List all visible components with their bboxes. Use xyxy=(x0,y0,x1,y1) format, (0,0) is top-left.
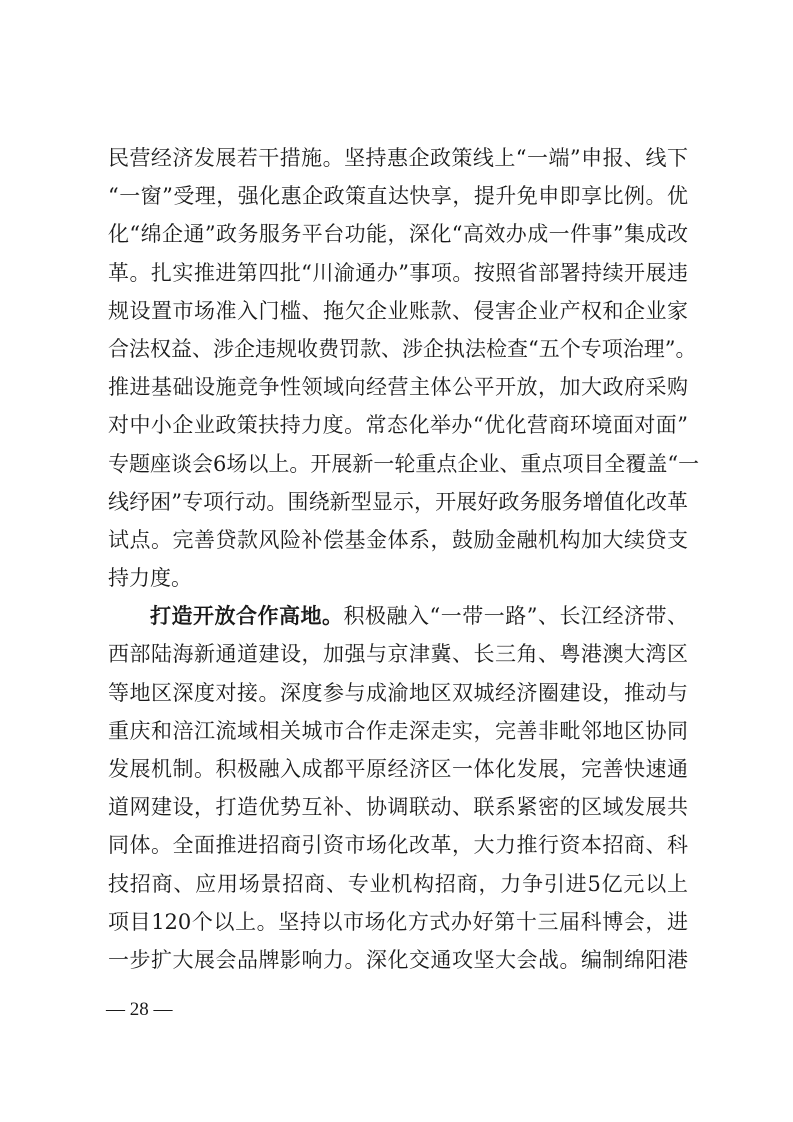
text-line: 规设置市场准入门槛、拖欠企业账款、侵害企业产权和企业家 xyxy=(108,292,688,330)
document-page: 民营经济发展若干措施。坚持惠企政策线上“一端”申报、线下 “一窗”受理，强化惠企… xyxy=(0,0,793,1122)
text-line: 一步扩大展会品牌影响力。深化交通攻坚大会战。编制绵阳港 xyxy=(108,941,688,979)
text-line: 西部陆海新通道建设，加强与京津冀、长三角、粤港澳大湾区 xyxy=(108,635,688,673)
text-line: 发展机制。积极融入成都平原经济区一体化发展，完善快速通 xyxy=(108,750,688,788)
text-line: 试点。完善贷款风险补偿基金体系，鼓励金融机构加大续贷支 xyxy=(108,521,688,559)
text-line: 对中小企业政策扶持力度。常态化举办“优化营商环境面对面” xyxy=(108,406,688,444)
text-line: 化“绵企通”政务服务平台功能，深化“高效办成一件事”集成改 xyxy=(108,215,688,253)
text-line: 同体。全面推进招商引资市场化改革，大力推行资本招商、科 xyxy=(108,826,688,864)
section-heading: 打造开放合作高地。 xyxy=(150,604,344,628)
text-line: 推进基础设施竞争性领域向经营主体公平开放，加大政府采购 xyxy=(108,368,688,406)
paragraph-business-environment: 民营经济发展若干措施。坚持惠企政策线上“一端”申报、线下 “一窗”受理，强化惠企… xyxy=(108,139,688,597)
text-line: 民营经济发展若干措施。坚持惠企政策线上“一端”申报、线下 xyxy=(108,139,688,177)
text-line: 道网建设，打造优势互补、协调联动、联系紧密的区域发展共 xyxy=(108,788,688,826)
text-line: 等地区深度对接。深度参与成渝地区双城经济圈建设，推动与 xyxy=(108,674,688,712)
text-line: 持力度。 xyxy=(108,559,688,597)
paragraph-open-cooperation: 打造开放合作高地。积极融入“一带一路”、长江经济带、 西部陆海新通道建设，加强与… xyxy=(108,597,688,979)
paragraph-first-line: 打造开放合作高地。积极融入“一带一路”、长江经济带、 xyxy=(108,597,688,635)
text-line: “一窗”受理，强化惠企政策直达快享，提升免申即享比例。优 xyxy=(108,177,688,215)
text-line: 重庆和涪江流域相关城市合作走深走实，完善非毗邻地区协同 xyxy=(108,712,688,750)
body-text: 民营经济发展若干措施。坚持惠企政策线上“一端”申报、线下 “一窗”受理，强化惠企… xyxy=(108,139,688,979)
text-line: 线纾困”专项行动。围绕新型显示，开展好政务服务增值化改革 xyxy=(108,483,688,521)
text-span: 积极融入“一带一路”、长江经济带、 xyxy=(344,604,688,628)
text-line: 合法权益、涉企违规收费罚款、涉企执法检查“五个专项治理”。 xyxy=(108,330,688,368)
text-line: 专题座谈会6场以上。开展新一轮重点企业、重点项目全覆盖“一 xyxy=(108,445,688,483)
text-line: 革。扎实推进第四批“川渝通办”事项。按照省部署持续开展违 xyxy=(108,254,688,292)
text-line: 项目120个以上。坚持以市场化方式办好第十三届科博会，进 xyxy=(108,903,688,941)
page-number: — 28 — xyxy=(106,999,173,1021)
text-line: 技招商、应用场景招商、专业机构招商，力争引进5亿元以上 xyxy=(108,865,688,903)
